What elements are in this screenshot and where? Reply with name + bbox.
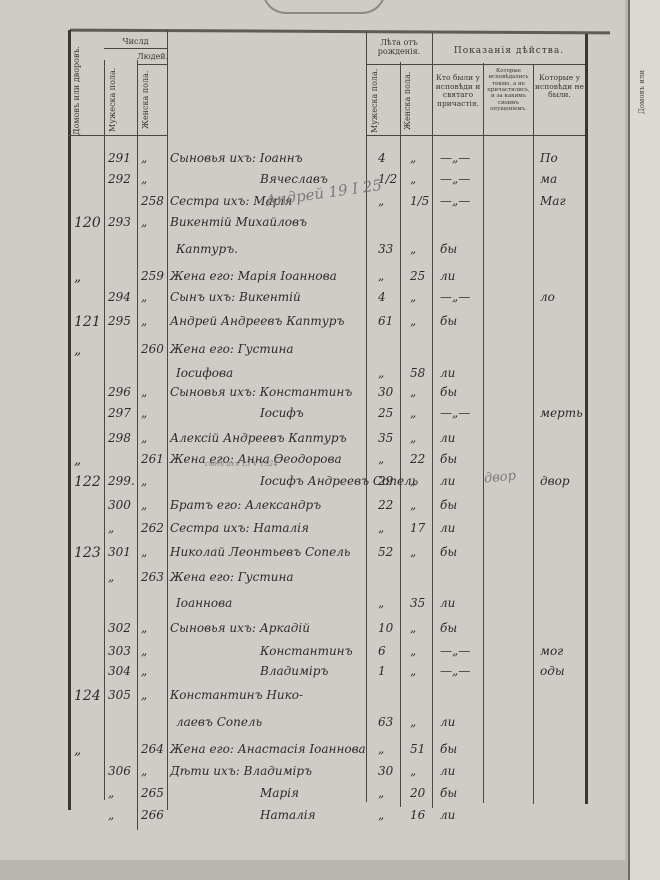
confession-status: —„—	[440, 644, 470, 658]
age-male: 30	[378, 764, 393, 778]
age-male: 1	[378, 664, 386, 678]
male-number: 303	[108, 644, 131, 658]
age-male: 63	[378, 715, 393, 729]
person-name: Дѣти ихъ: Владиміръ	[170, 764, 312, 778]
header-leta: Лѣта отъ рожденія.	[368, 38, 430, 56]
female-number: „	[141, 151, 147, 165]
person-name: Сыновья ихъ: Іоаннъ	[170, 151, 303, 165]
age-female: 35	[410, 596, 425, 610]
age-female: „	[410, 151, 416, 165]
remark: двор	[540, 474, 570, 488]
col-divider	[400, 62, 401, 807]
male-number: 291	[108, 151, 131, 165]
age-female: 17	[410, 521, 425, 535]
hdr-rule	[432, 64, 585, 65]
age-female: 20	[410, 786, 425, 800]
age-male: „	[378, 742, 384, 756]
female-number: „	[141, 406, 147, 420]
confession-status: —„—	[440, 290, 470, 304]
age-male: „	[378, 194, 384, 208]
female-number: „	[141, 215, 147, 229]
age-male: „	[378, 786, 384, 800]
dvor-number: 124	[74, 688, 101, 704]
female-number: „	[141, 764, 147, 778]
dvor-number: 123	[74, 545, 101, 561]
confession-status: ли	[440, 596, 455, 610]
pencil-annotation: сынъ ихъ 13 V 1924	[205, 460, 278, 468]
person-name: Іосифъ Андреевъ Сопель	[260, 474, 418, 488]
person-name: Сынъ ихъ: Викентій	[170, 290, 301, 304]
male-number: 302	[108, 621, 131, 635]
col-divider	[432, 33, 433, 808]
confession-status: —„—	[440, 406, 470, 420]
hdr-rule	[366, 135, 585, 136]
female-number: „	[141, 545, 147, 559]
remark: ма	[540, 172, 557, 186]
person-name: Каптуръ.	[176, 242, 238, 256]
person-name: Сыновья ихъ: Аркадій	[170, 621, 310, 635]
header-pokazaniya: Показанія дѣйства.	[434, 46, 584, 56]
top-rule	[70, 29, 610, 35]
seal-emblem	[262, 0, 386, 14]
person-name: Наталія	[260, 808, 316, 822]
remark: мог	[540, 644, 563, 658]
age-male: „	[378, 808, 384, 822]
female-number: „	[141, 431, 147, 445]
age-male: 4	[378, 290, 386, 304]
age-female: „	[410, 764, 416, 778]
remark: мерть	[540, 406, 583, 420]
person-name: Андрей Андреевъ Каптуръ	[170, 314, 344, 328]
person-name: Жена его: Марія Іоаннова	[170, 269, 337, 283]
male-number: 292	[108, 172, 131, 186]
confession-status: бы	[440, 385, 457, 399]
age-male: „	[378, 269, 384, 283]
hdr-rule	[137, 64, 167, 65]
col-divider	[104, 60, 105, 800]
female-number: 263	[141, 570, 164, 584]
female-number: 258	[141, 194, 164, 208]
confession-status: ли	[440, 366, 455, 380]
female-number: 260	[141, 342, 164, 356]
age-female: 16	[410, 808, 425, 822]
female-number: „	[141, 621, 147, 635]
header-leta-zhen: Женска пола.	[403, 68, 431, 134]
female-number: „	[141, 498, 147, 512]
col-divider	[137, 60, 138, 830]
age-male: 10	[378, 621, 393, 635]
female-number: 266	[141, 808, 164, 822]
male-number: 300	[108, 498, 131, 512]
person-name: Іосифъ	[260, 406, 304, 420]
col-divider	[366, 32, 367, 802]
confession-status: —„—	[440, 664, 470, 678]
confession-status: бы	[440, 545, 457, 559]
right-border	[585, 34, 588, 804]
confession-status: ли	[440, 764, 455, 778]
pencil-annotation: двор	[483, 468, 516, 486]
female-number: 264	[141, 742, 164, 756]
age-male: „	[378, 521, 384, 535]
confession-status: бы	[440, 452, 457, 466]
header-muzh-pola: Мужеска пола.	[108, 66, 134, 134]
age-female: „	[410, 242, 416, 256]
header-leta-muzh: Мужеска пола.	[370, 68, 398, 134]
male-number: 299.	[108, 474, 135, 488]
dvor-number: 122	[74, 474, 101, 490]
confession-status: бы	[440, 498, 457, 512]
female-number: „	[141, 172, 147, 186]
confession-status: —„—	[440, 172, 470, 186]
person-name: Сыновья ихъ: Константинъ	[170, 385, 352, 399]
age-female: 22	[410, 452, 425, 466]
age-female: „	[410, 406, 416, 420]
male-number: 296	[108, 385, 131, 399]
female-number: 262	[141, 521, 164, 535]
confession-status: бы	[440, 621, 457, 635]
age-male: 22	[378, 498, 393, 512]
age-female: „	[410, 474, 416, 488]
age-male: 6	[378, 644, 386, 658]
male-number: 305	[108, 688, 131, 702]
male-number: „	[108, 521, 114, 535]
female-number: „	[141, 644, 147, 658]
female-number: 261	[141, 452, 164, 466]
person-name: Марія	[260, 786, 299, 800]
dvor-number: „	[74, 452, 81, 468]
age-male: 61	[378, 314, 393, 328]
female-number: „	[141, 314, 147, 328]
confession-status: ли	[440, 715, 455, 729]
age-male: „	[378, 452, 384, 466]
age-female: „	[410, 431, 416, 445]
age-male: 30	[378, 385, 393, 399]
person-name: Жена его: Гуcтина	[170, 570, 294, 584]
col-divider	[167, 30, 168, 810]
age-male: „	[378, 596, 384, 610]
female-number: „	[141, 290, 147, 304]
age-female: 51	[410, 742, 425, 756]
male-number: 306	[108, 764, 131, 778]
header-col-ne-byli: Которые у исповѣди не были.	[535, 74, 584, 100]
female-number: 259	[141, 269, 164, 283]
dvor-number: 120	[74, 215, 101, 231]
person-name: Владиміръ	[260, 664, 328, 678]
dvor-number: „	[74, 742, 81, 758]
remark: оды	[540, 664, 565, 678]
hdr-rule	[366, 64, 432, 65]
female-number: 265	[141, 786, 164, 800]
male-number: „	[108, 786, 114, 800]
person-name: Сестра ихъ: Наталія	[170, 521, 309, 535]
male-number: „	[108, 570, 114, 584]
remark: По	[540, 151, 558, 165]
age-male: 29	[378, 474, 393, 488]
header-col-ispov-prichast: Кто были у исповѣди и святаго причастія.	[434, 74, 482, 109]
person-name: Константинъ Нико-	[170, 688, 303, 702]
person-name: Іоаннова	[176, 596, 232, 610]
age-female: „	[410, 314, 416, 328]
hdr-rule	[68, 135, 167, 136]
confession-status: ли	[440, 431, 455, 445]
person-name: лаевъ Сопель	[176, 715, 262, 729]
person-name: Братъ его: Александръ	[170, 498, 321, 512]
age-male: 33	[378, 242, 393, 256]
header-lyudey: Людей.	[137, 52, 167, 61]
person-name: Алексій Андреевъ Каптуръ	[170, 431, 347, 445]
confession-status: —„—	[440, 151, 470, 165]
hdr-rule	[104, 48, 167, 49]
age-male: 52	[378, 545, 393, 559]
dvor-number: „	[74, 269, 81, 285]
confession-status: бы	[440, 242, 457, 256]
female-number: „	[141, 688, 147, 702]
dvor-number: „	[74, 342, 81, 358]
remark: Маг	[540, 194, 566, 208]
age-female: „	[410, 715, 416, 729]
confession-status: ли	[440, 269, 455, 283]
female-number: „	[141, 474, 147, 488]
person-name: Жена его: Гуcтина	[170, 342, 294, 356]
age-female: „	[410, 664, 416, 678]
male-number: 294	[108, 290, 131, 304]
col-divider	[533, 64, 534, 804]
female-number: „	[141, 664, 147, 678]
register-page: Числд Людей. Домовъ или дворовъ. Мужеска…	[0, 0, 625, 860]
person-name: Викентій Михайловъ	[170, 215, 307, 229]
person-name: Константинъ	[260, 644, 353, 658]
female-number: „	[141, 385, 147, 399]
person-name: Николай Леонтьевъ Сопель	[170, 545, 350, 559]
col-divider	[483, 63, 484, 803]
header-zhen-pola: Женска пола.	[141, 66, 165, 134]
header-col-ispov-ne-prichast: Которые исповѣдались токмо, а не причаст…	[485, 68, 532, 112]
header-domov: Домовъ или дворовъ.	[72, 55, 100, 135]
age-male: 25	[378, 406, 393, 420]
age-male: 35	[378, 431, 393, 445]
age-female: 1/5	[410, 194, 429, 208]
confession-status: бы	[440, 742, 457, 756]
person-name: Іосифова	[176, 366, 233, 380]
header-chisla: Числд	[104, 37, 167, 46]
male-number: 297	[108, 406, 131, 420]
age-female: „	[410, 498, 416, 512]
age-female: „	[410, 621, 416, 635]
age-female: 25	[410, 269, 425, 283]
person-name: Жена его: Анастасія Іоаннова	[170, 742, 366, 756]
remark: ло	[540, 290, 555, 304]
confession-status: ли	[440, 808, 455, 822]
confession-status: —„—	[440, 194, 470, 208]
age-male: 4	[378, 151, 386, 165]
male-number: „	[108, 808, 114, 822]
age-female: „	[410, 644, 416, 658]
male-number: 298	[108, 431, 131, 445]
age-female: „	[410, 290, 416, 304]
next-page-header: Домовъ или	[638, 70, 646, 114]
age-female: „	[410, 545, 416, 559]
age-male: „	[378, 366, 384, 380]
male-number: 301	[108, 545, 131, 559]
male-number: 293	[108, 215, 131, 229]
male-number: 295	[108, 314, 131, 328]
confession-status: бы	[440, 786, 457, 800]
confession-status: ли	[440, 474, 455, 488]
male-number: 304	[108, 664, 131, 678]
age-female: 58	[410, 366, 425, 380]
next-page-edge: Домовъ или	[628, 0, 660, 880]
age-female: „	[410, 172, 416, 186]
confession-status: бы	[440, 314, 457, 328]
dvor-number: 121	[74, 314, 101, 330]
confession-status: ли	[440, 521, 455, 535]
age-female: „	[410, 385, 416, 399]
left-border	[68, 30, 71, 810]
